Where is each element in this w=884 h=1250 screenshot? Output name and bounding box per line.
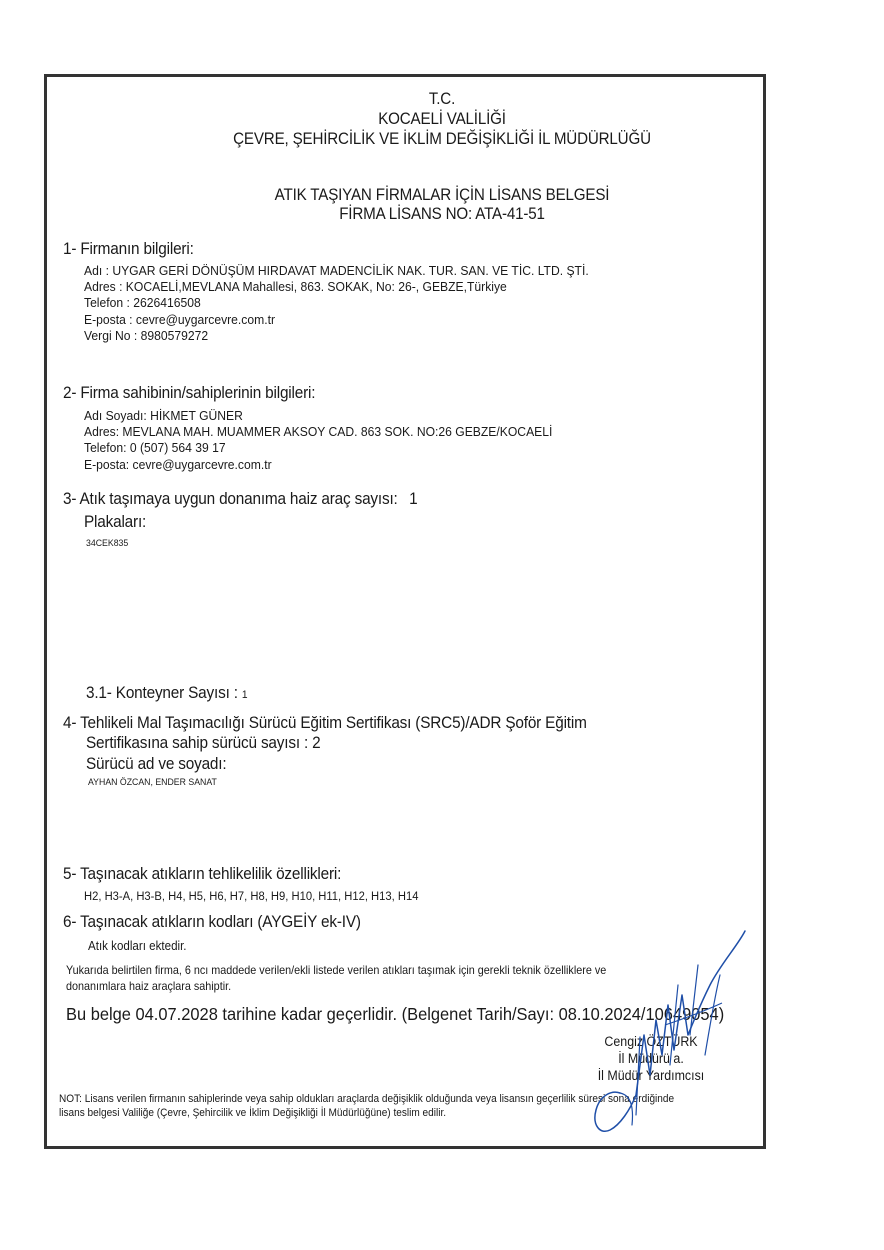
section2-heading: 2- Firma sahibinin/sahiplerinin bilgiler… (63, 384, 315, 403)
driver-count-value: 2 (312, 734, 320, 752)
document-title: ATIK TAŞIYAN FİRMALAR İÇİN LİSANS BELGES… (35, 186, 848, 205)
plates-label: Plakaları: (84, 513, 146, 532)
section1-details: Adı : UYGAR GERİ DÖNÜŞÜM HIRDAVAT MADENC… (84, 263, 589, 344)
note-line1: NOT: Lisans verilen firmanın sahiplerind… (59, 1092, 674, 1106)
header-directorate: ÇEVRE, ŞEHİRCİLİK VE İKLİM DEĞİŞİKLİĞİ İ… (35, 130, 848, 149)
signatory-title2: İl Müdür Yardımcısı (559, 1068, 743, 1083)
hazard-codes: H2, H3-A, H3-B, H4, H5, H6, H7, H8, H9, … (84, 889, 418, 903)
container-count: 3.1- Konteyner Sayısı : 1 (86, 684, 247, 703)
section5-heading: 5- Taşınacak atıkların tehlikelilik özel… (63, 865, 341, 884)
waste-codes-text: Atık kodları ektedir. (88, 939, 187, 953)
statement-line2: donanımlara haiz araçlara sahiptir. (66, 978, 606, 994)
plates-value: 34CEK835 (86, 538, 128, 549)
owner-phone: Telefon: 0 (507) 564 39 17 (84, 440, 552, 456)
container-count-value: 1 (242, 689, 248, 701)
owner-name: Adı Soyadı: HİKMET GÜNER (84, 408, 552, 424)
section4-heading: 4- Tehlikeli Mal Taşımacılığı Sürücü Eği… (63, 714, 587, 733)
driver-count: Sertifikasına sahip sürücü sayısı : 2 (86, 734, 321, 753)
vehicle-count-label: 3- Atık taşımaya uygun donanıma haiz ara… (63, 490, 398, 508)
footer-note: NOT: Lisans verilen firmanın sahiplerind… (59, 1092, 674, 1120)
drivers-label: Sürücü ad ve soyadı: (86, 755, 226, 774)
company-phone: Telefon : 2626416508 (84, 295, 589, 311)
compliance-statement: Yukarıda belirtilen firma, 6 ncı maddede… (66, 962, 606, 994)
section3-heading: 3- Atık taşımaya uygun donanıma haiz ara… (63, 490, 418, 509)
owner-email: E-posta: cevre@uygarcevre.com.tr (84, 457, 552, 473)
owner-address: Adres: MEVLANA MAH. MUAMMER AKSOY CAD. 8… (84, 424, 552, 440)
header-governorship: KOCAELİ VALİLİĞİ (35, 110, 848, 129)
section6-heading: 6- Taşınacak atıkların kodları (AYGEİY e… (63, 913, 361, 932)
company-address: Adres : KOCAELİ,MEVLANA Mahallesi, 863. … (84, 279, 589, 295)
header-tc: T.C. (35, 90, 848, 109)
company-tax-no: Vergi No : 8980579272 (84, 328, 589, 344)
section1-heading: 1- Firmanın bilgileri: (63, 240, 194, 259)
statement-line1: Yukarıda belirtilen firma, 6 ncı maddede… (66, 962, 606, 978)
drivers-value: AYHAN ÖZCAN, ENDER SANAT (88, 777, 217, 788)
company-name: Adı : UYGAR GERİ DÖNÜŞÜM HIRDAVAT MADENC… (84, 263, 589, 279)
vehicle-count-value: 1 (409, 490, 417, 508)
signatory-title1: İl Müdürü a. (559, 1051, 743, 1066)
company-email: E-posta : cevre@uygarcevre.com.tr (84, 312, 589, 328)
validity-statement: Bu belge 04.07.2028 tarihine kadar geçer… (66, 1004, 724, 1025)
section2-details: Adı Soyadı: HİKMET GÜNER Adres: MEVLANA … (84, 408, 552, 473)
signatory-name: Cengiz ÖZTÜRK (559, 1034, 743, 1049)
driver-count-label: Sertifikasına sahip sürücü sayısı : (86, 734, 308, 752)
container-count-label: 3.1- Konteyner Sayısı : (86, 684, 238, 702)
note-line2: lisans belgesi Valiliğe (Çevre, Şehircil… (59, 1106, 674, 1120)
license-number: FİRMA LİSANS NO: ATA-41-51 (35, 205, 848, 224)
